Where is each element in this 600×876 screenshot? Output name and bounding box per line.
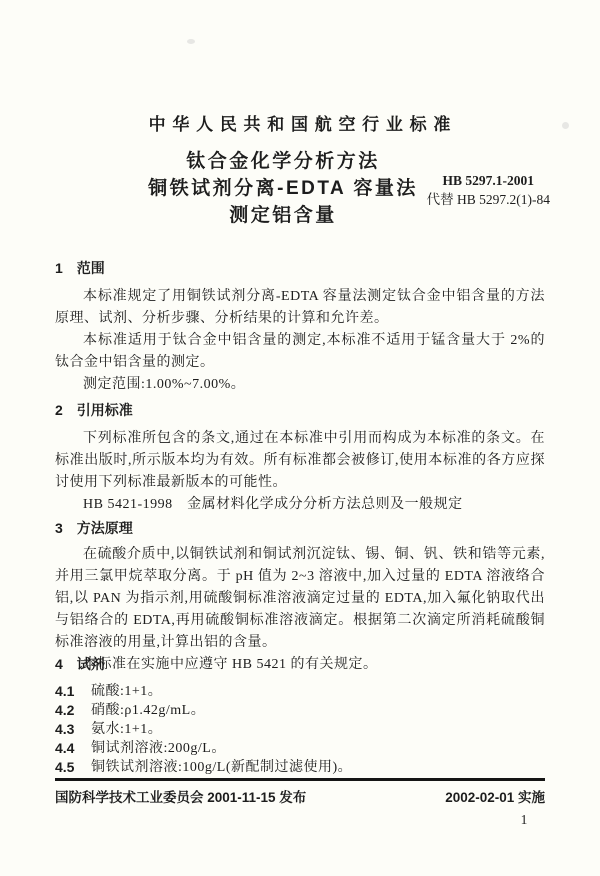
reagent-item: 4.2硝酸:ρ1.42g/mL。	[55, 701, 545, 720]
section-heading-label: 范围	[77, 260, 105, 276]
reagent-item: 4.3氨水:1+1。	[55, 720, 545, 739]
effective-statement: 2002-02-01 实施	[445, 790, 545, 806]
paragraph: 下列标准所包含的条文,通过在本标准中引用而构成为本标准的条文。在标准出版时,所示…	[55, 428, 545, 494]
section-number: 3	[55, 520, 63, 536]
paragraph: 本标准适用于钛合金中铝含量的测定,本标准不适用于锰含量大于 2%的钛合金中铝含量…	[55, 330, 545, 374]
reagent-item: 4.4铜试剂溶液:200g/L。	[55, 739, 545, 758]
section-heading-label: 方法原理	[77, 520, 133, 536]
clause-text: 铜铁试剂溶液:100g/L(新配制过滤使用)。	[91, 758, 352, 777]
section-number: 4	[55, 656, 63, 672]
clause-text: 铜试剂溶液:200g/L。	[91, 739, 226, 758]
section-heading: 4试剂	[55, 656, 545, 672]
superseded-standard: 代替 HB 5297.2(1)-84	[427, 190, 550, 209]
referenced-standard-entry: HB 5421-1998 金属材料化学成分分析方法总则及一般规定	[55, 494, 545, 516]
section-method-principle: 3方法原理 在硫酸介质中,以铜铁试剂和铜试剂沉淀钛、锡、铜、钒、铁和锆等元素,并…	[55, 520, 545, 676]
clause-number: 4.1	[55, 682, 91, 701]
document-page: 中 华 人 民 共 和 国 航 空 行 业 标 准 钛合金化学分析方法 铜铁试剂…	[0, 0, 600, 876]
reagent-item: 4.1硫酸:1+1。	[55, 682, 545, 701]
section-heading: 2引用标准	[55, 402, 545, 418]
section-reagents: 4试剂 4.1硫酸:1+1。 4.2硝酸:ρ1.42g/mL。 4.3氨水:1+…	[55, 656, 545, 777]
clause-text: 硫酸:1+1。	[91, 682, 162, 701]
clause-number: 4.4	[55, 739, 91, 758]
clause-number: 4.3	[55, 720, 91, 739]
scan-artifact	[187, 39, 195, 44]
standard-number-block: HB 5297.1-2001 代替 HB 5297.2(1)-84	[427, 171, 550, 209]
footer-divider-rule	[55, 778, 545, 781]
standard-number: HB 5297.1-2001	[427, 171, 550, 190]
footer: 国防科学技术工业委员会 2001-11-15 发布 2002-02-01 实施	[55, 790, 545, 806]
section-number: 1	[55, 260, 63, 276]
section-heading-label: 试剂	[77, 656, 105, 672]
section-scope: 1范围 本标准规定了用铜铁试剂分离-EDTA 容量法测定钛合金中铝含量的方法原理…	[55, 260, 545, 396]
paragraph: 本标准规定了用铜铁试剂分离-EDTA 容量法测定钛合金中铝含量的方法原理、试剂、…	[55, 286, 545, 330]
clause-text: 硝酸:ρ1.42g/mL。	[91, 701, 205, 720]
section-heading: 3方法原理	[55, 520, 545, 536]
page-number: 1	[514, 812, 534, 828]
paragraph: 测定范围:1.00%~7.00%。	[55, 374, 545, 396]
section-heading-label: 引用标准	[77, 402, 133, 418]
issue-statement: 国防科学技术工业委员会 2001-11-15 发布	[55, 790, 306, 806]
clause-text: 氨水:1+1。	[91, 720, 162, 739]
section-heading: 1范围	[55, 260, 545, 276]
section-number: 2	[55, 402, 63, 418]
reagent-item: 4.5铜铁试剂溶液:100g/L(新配制过滤使用)。	[55, 758, 545, 777]
standard-org-title: 中 华 人 民 共 和 国 航 空 行 业 标 准	[0, 110, 600, 135]
section-referenced-standards: 2引用标准 下列标准所包含的条文,通过在本标准中引用而构成为本标准的条文。在标准…	[55, 402, 545, 516]
clause-number: 4.2	[55, 701, 91, 720]
paragraph: 在硫酸介质中,以铜铁试剂和铜试剂沉淀钛、锡、铜、钒、铁和锆等元素,并用三氯甲烷萃…	[55, 544, 545, 654]
clause-number: 4.5	[55, 758, 91, 777]
